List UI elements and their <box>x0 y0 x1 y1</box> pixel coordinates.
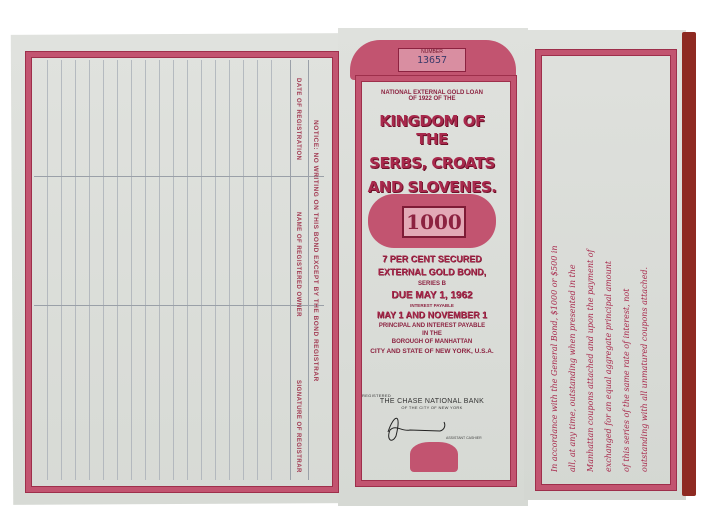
script-line: Manhattan coupons attached and upon the … <box>586 58 595 472</box>
kingdom-title: KINGDOM OF THE SERBS, CROATS AND SLOVENE… <box>362 112 502 196</box>
ledger-divider <box>34 176 324 177</box>
bottom-ornament <box>410 442 458 472</box>
column-signature-of-registrar: SIGNATURE OF REGISTRAR <box>295 380 301 473</box>
binding-edge-strip <box>682 32 696 496</box>
title-line-1: KINGDOM OF THE <box>362 112 502 148</box>
bank-name: THE CHASE NATIONAL BANK <box>362 398 502 405</box>
ledger-column-divider <box>290 60 291 480</box>
signature <box>380 410 450 444</box>
script-line: exchanged for an equal aggregate princip… <box>604 58 613 472</box>
column-date-of-registration: DATE OF REGISTRATION <box>295 78 301 160</box>
officer-title: ASSISTANT CASHIER <box>446 436 482 440</box>
bank-block: REGISTERED THE CHASE NATIONAL BANK OF TH… <box>362 393 502 410</box>
series-label: SERIES B <box>362 281 502 287</box>
payable-line: PRINCIPAL AND INTEREST PAYABLE <box>362 323 502 329</box>
script-line: of this series of the same rate of inter… <box>622 58 631 472</box>
number-cartouche: NUMBER 13657 <box>398 48 466 72</box>
script-line: all, at any time, outstanding when prese… <box>568 58 577 472</box>
ledger-divider <box>34 305 324 306</box>
bond-terms: 7 PER CENT SECURED EXTERNAL GOLD BOND, S… <box>362 254 502 355</box>
serial-number: 13657 <box>399 55 465 66</box>
loan-title: NATIONAL EXTERNAL GOLD LOAN OF 1922 OF T… <box>362 90 502 102</box>
bond-line-2: EXTERNAL GOLD BOND, <box>362 267 502 277</box>
borough: BOROUGH OF MANHATTAN <box>362 339 502 345</box>
in-the: IN THE <box>362 331 502 337</box>
ledger-column-divider <box>308 60 309 480</box>
bond-line-1: 7 PER CENT SECURED <box>362 254 502 264</box>
loan-line-2: OF 1922 OF THE <box>362 96 502 102</box>
notice-text: NOTICE: NO WRITING ON THIS BOND EXCEPT B… <box>312 120 319 382</box>
interest-dates: MAY 1 AND NOVEMBER 1 <box>362 310 502 320</box>
due-date: DUE MAY 1, 1962 <box>362 290 502 301</box>
script-line: In accordance with the General Bond, $10… <box>550 58 559 472</box>
script-line: outstanding with all unmatured coupons a… <box>640 58 649 472</box>
exchange-clause: In accordance with the General Bond, $10… <box>544 58 658 472</box>
registration-ledger-lines <box>34 60 274 480</box>
interest-label: INTEREST PAYABLE <box>362 303 502 308</box>
column-name-of-owner: NAME OF REGISTERED OWNER <box>295 212 301 317</box>
denomination-value: 1000 <box>402 206 466 238</box>
city-state: CITY AND STATE OF NEW YORK, U.S.A. <box>362 348 502 355</box>
title-line-2: SERBS, CROATS <box>362 154 502 172</box>
